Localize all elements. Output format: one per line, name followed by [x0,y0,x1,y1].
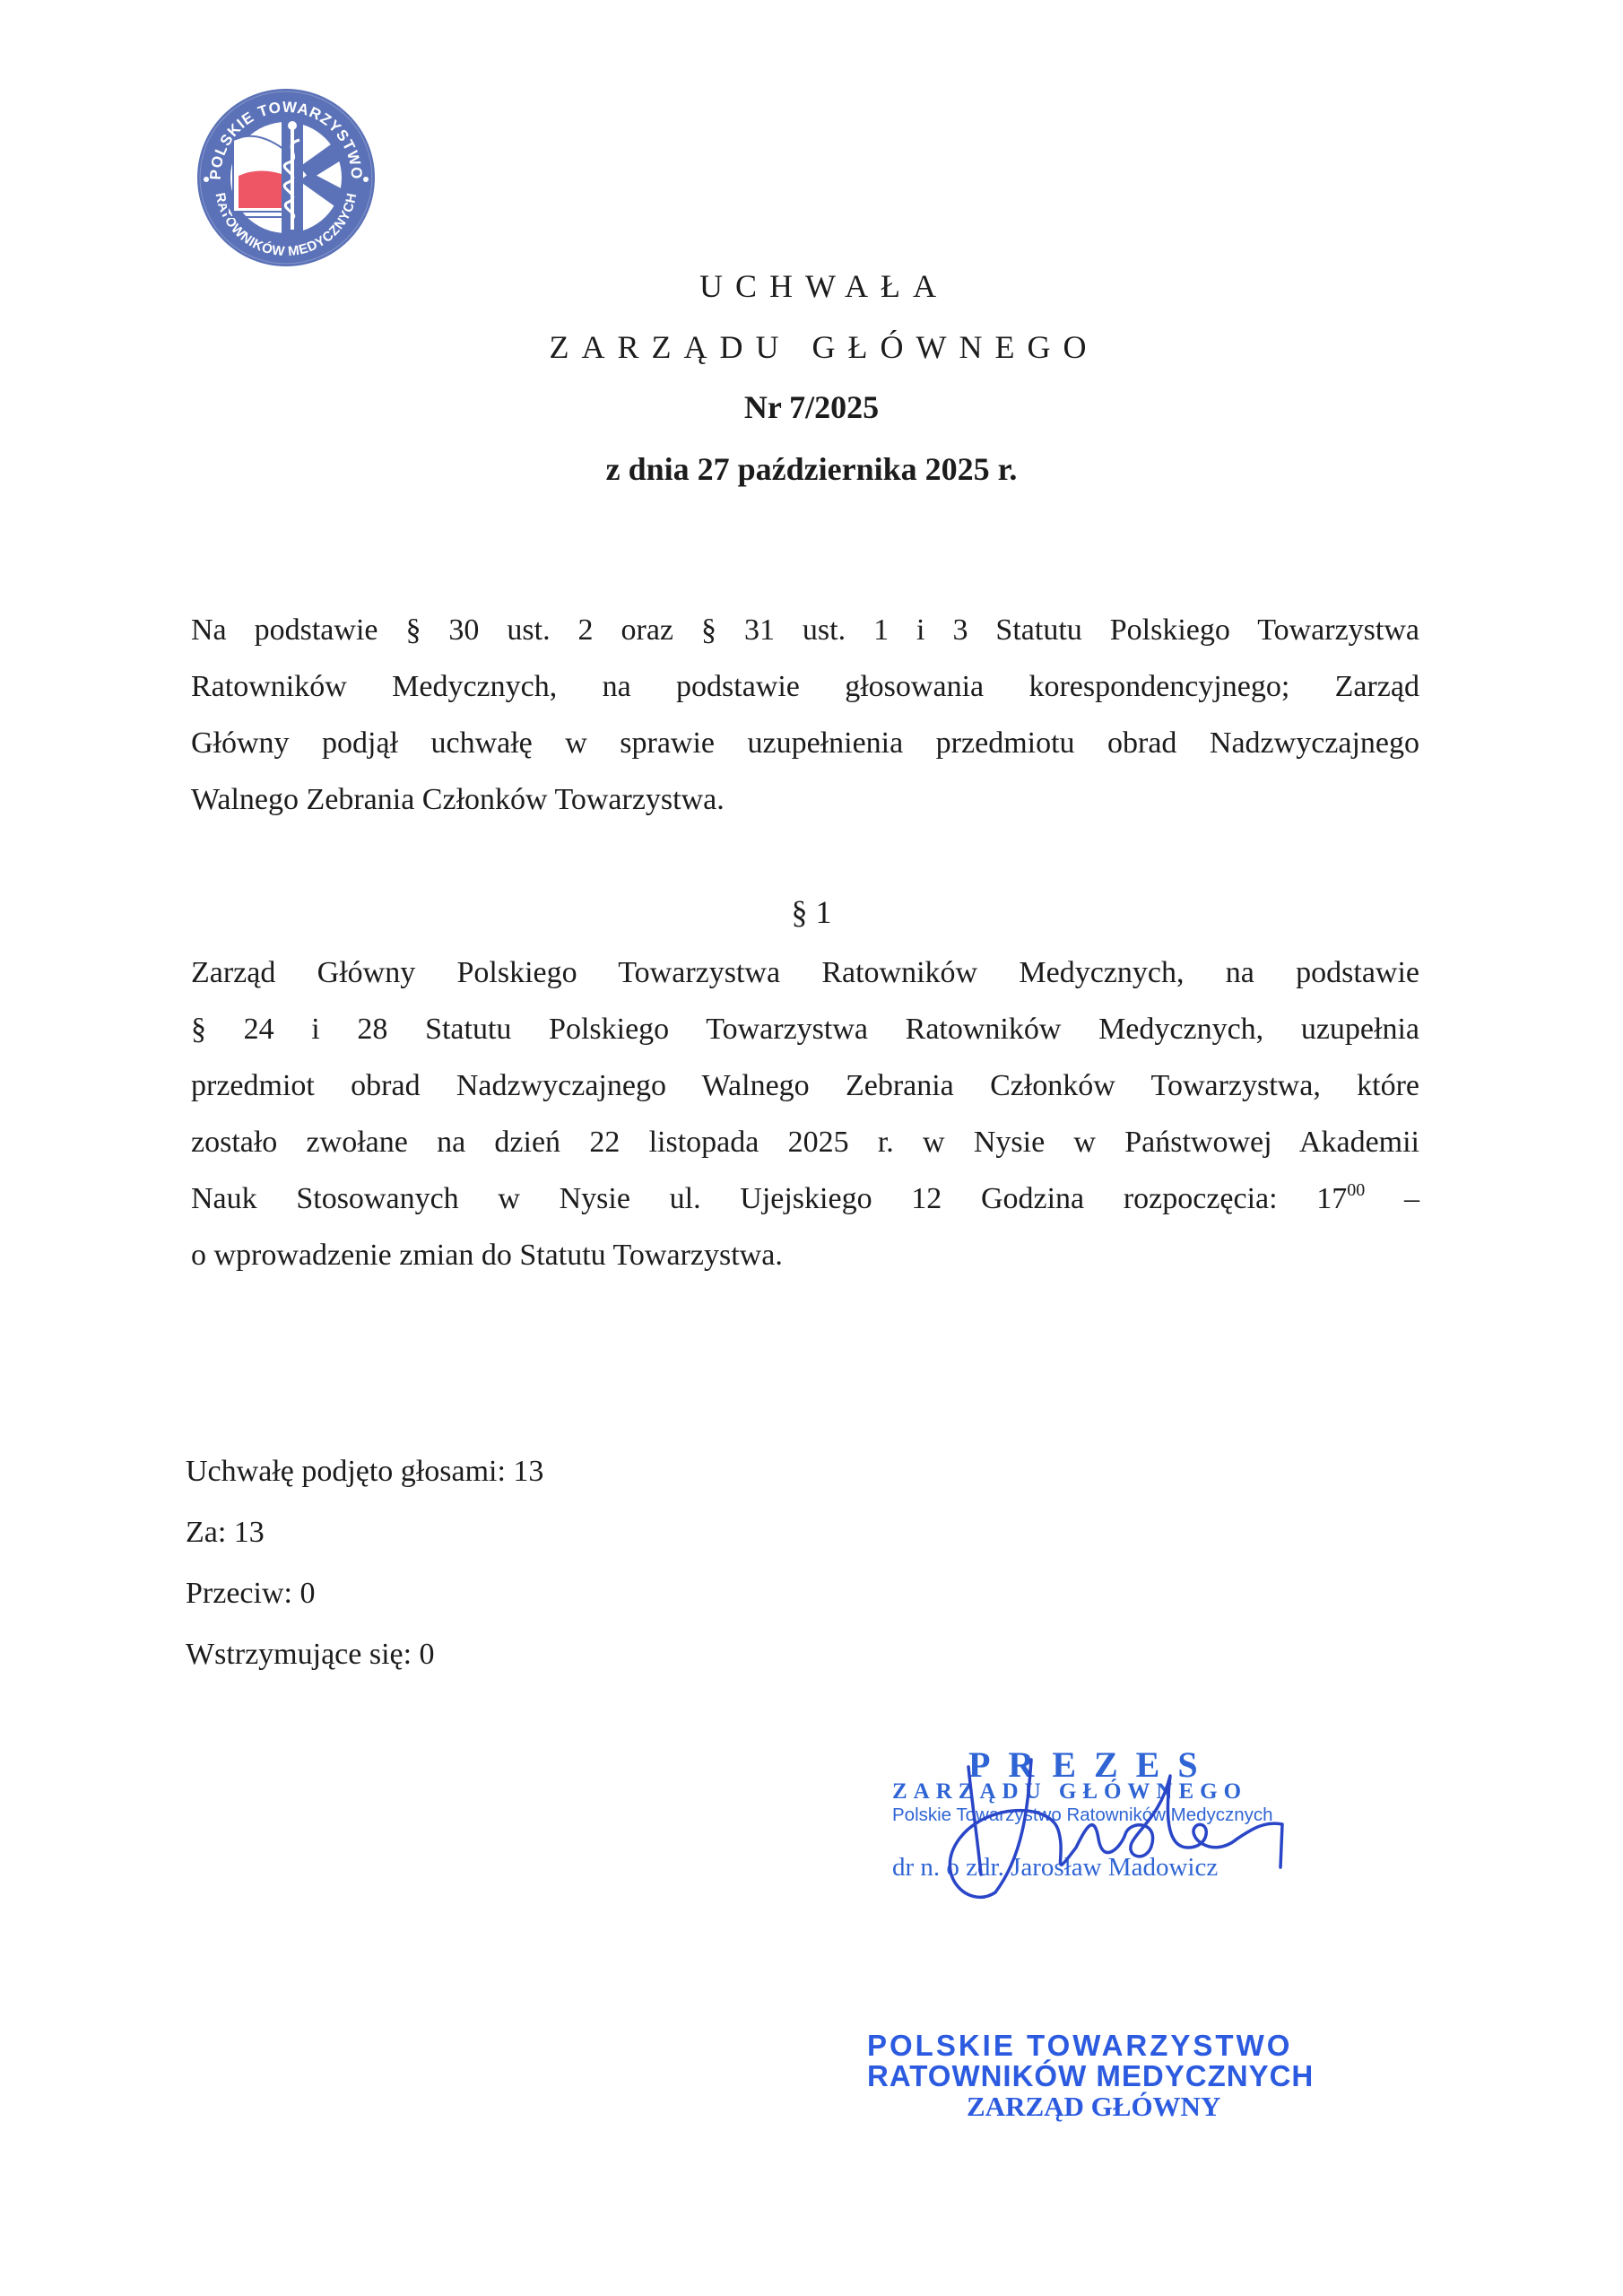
intro-paragraph: Na podstawie § 30 ust. 2 oraz § 31 ust. … [191,602,1419,828]
handwritten-signature-icon [942,1749,1318,1910]
organization-emblem-icon: POLSKIE TOWARZYSTWO RATOWNIKÓW MEDYCZNYC… [194,86,378,269]
org-stamp-line-2: RATOWNIKÓW MEDYCZNYCH [867,2059,1314,2093]
document-title: UCHWAŁA [0,267,1623,305]
section-1-paragraph: Zarząd Główny Polskiego Towarzystwa Rato… [191,944,1419,1283]
org-stamp-line-3: ZARZĄD GŁÓWNY [967,2091,1220,2123]
paragraph-line: Na podstawie § 30 ust. 2 oraz § 31 ust. … [191,602,1419,658]
vote-abstain: Wstrzymujące się: 0 [186,1624,543,1685]
dash: – [1404,1182,1419,1215]
paragraph-line: zostało zwołane na dzień 22 listopada 20… [191,1114,1419,1170]
vote-against: Przeciw: 0 [186,1563,543,1624]
vote-results: Uchwałę podjęto głosami: 13 Za: 13 Przec… [186,1441,543,1685]
section-heading: § 1 [0,893,1623,931]
paragraph-line: Ratowników Medycznych, na podstawie głos… [191,658,1419,715]
paragraph-line: § 24 i 28 Statutu Polskiego Towarzystwa … [191,1001,1419,1057]
paragraph-line-time: Nauk Stosowanych w Nysie ul. Ujejskiego … [191,1170,1419,1227]
vote-for: Za: 13 [186,1502,543,1563]
paragraph-line: Zarząd Główny Polskiego Towarzystwa Rato… [191,944,1419,1001]
paragraph-line: Walnego Zebrania Członków Towarzystwa. [191,771,1419,828]
time-minutes: 00 [1347,1180,1365,1200]
meeting-place-text: Nauk Stosowanych w Nysie ul. Ujejskiego … [191,1182,1347,1215]
paragraph-line: przedmiot obrad Nadzwyczajnego Walnego Z… [191,1057,1419,1114]
resolution-number: Nr 7/2025 [0,388,1623,426]
document-subtitle: ZARZĄDU GŁÓWNEGO [0,328,1623,366]
vote-total: Uchwałę podjęto głosami: 13 [186,1441,543,1502]
paragraph-line: o wprowadzenie zmian do Statutu Towarzys… [191,1227,1419,1283]
resolution-date: z dnia 27 października 2025 r. [0,450,1623,488]
org-stamp-line-1: POLSKIE TOWARZYSTWO [867,2029,1292,2063]
paragraph-line: Główny podjął uchwałę w sprawie uzupełni… [191,715,1419,771]
